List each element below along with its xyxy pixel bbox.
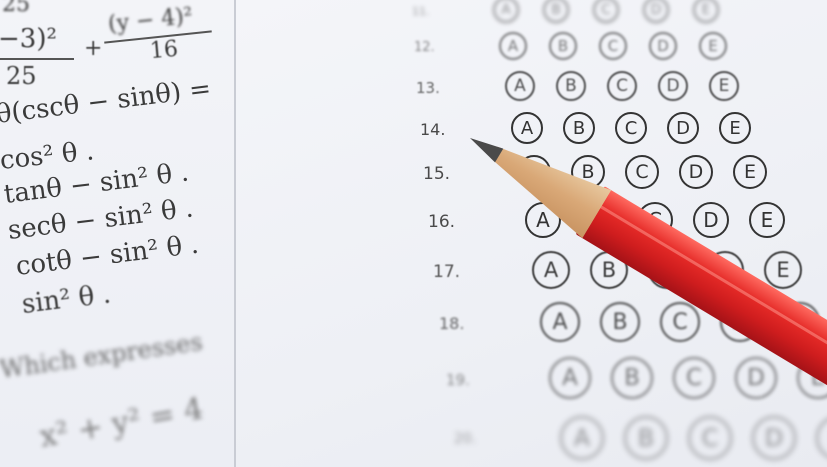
- question-number: 19.: [446, 371, 470, 389]
- question-number: 20.: [454, 431, 476, 447]
- math-line: (y − 4)²: [107, 4, 194, 38]
- question-number: 18.: [439, 314, 464, 333]
- pencil-lead-tip: [466, 131, 503, 162]
- answer-bubble-c[interactable]: C: [599, 32, 627, 60]
- question-number: 15.: [423, 164, 450, 184]
- answer-bubble-d[interactable]: D: [693, 202, 729, 238]
- answer-bubble-c[interactable]: C: [688, 416, 732, 460]
- answer-bubble-e[interactable]: E: [749, 202, 785, 238]
- answer-bubble-d[interactable]: D: [735, 357, 777, 399]
- answer-bubble-a[interactable]: A: [532, 251, 570, 289]
- question-number: 14.: [420, 120, 445, 139]
- plus-sign: +: [84, 36, 102, 61]
- answer-bubble-c[interactable]: C: [625, 155, 659, 189]
- answer-bubble-c[interactable]: C: [615, 112, 647, 144]
- question-number: 12.: [414, 40, 435, 55]
- math-line: −3)²: [0, 24, 57, 54]
- math-line: 25: [2, 0, 30, 17]
- answer-bubble-e[interactable]: E: [709, 71, 739, 101]
- answer-bubble-e[interactable]: E: [699, 32, 727, 60]
- answer-bubble-b[interactable]: B: [549, 32, 577, 60]
- answer-bubble-a[interactable]: A: [499, 32, 527, 60]
- answer-bubble-d[interactable]: D: [658, 71, 688, 101]
- answer-bubble-d[interactable]: D: [679, 155, 713, 189]
- math-line: Which expresses: [0, 328, 204, 384]
- answer-bubble-b[interactable]: B: [611, 357, 653, 399]
- answer-bubble-d[interactable]: D: [649, 32, 677, 60]
- math-line: x² + y² = 4: [37, 392, 206, 455]
- math-line: 25: [6, 62, 37, 90]
- answer-bubble-d[interactable]: D: [752, 416, 796, 460]
- question-number: 11.: [412, 5, 430, 18]
- answer-bubble-a[interactable]: A: [505, 71, 535, 101]
- question-number: 13.: [416, 79, 440, 97]
- answer-bubble-d[interactable]: D: [667, 112, 699, 144]
- fraction-bar: [0, 58, 74, 60]
- answer-bubble-c[interactable]: C: [673, 357, 715, 399]
- answer-bubble-b[interactable]: B: [563, 112, 595, 144]
- photo-scene: 25 −3)² 25 + (y − 4)² 16 θ(cscθ − sinθ) …: [0, 0, 827, 467]
- answer-bubble-a[interactable]: A: [560, 416, 604, 460]
- answer-bubble-b[interactable]: B: [624, 416, 668, 460]
- answer-bubble-a[interactable]: A: [540, 302, 580, 342]
- answer-bubble-e[interactable]: E: [719, 112, 751, 144]
- answer-bubble-b[interactable]: B: [556, 71, 586, 101]
- answer-bubble-e[interactable]: E: [733, 155, 767, 189]
- question-number: 16.: [428, 212, 455, 232]
- question-number: 17.: [433, 262, 460, 282]
- math-worksheet: 25 −3)² 25 + (y − 4)² 16 θ(cscθ − sinθ) …: [0, 0, 236, 467]
- answer-bubble-a[interactable]: A: [549, 357, 591, 399]
- math-line: 16: [149, 37, 179, 64]
- answer-bubble-b[interactable]: B: [600, 302, 640, 342]
- math-line: sin² θ .: [20, 279, 112, 320]
- answer-bubble-c[interactable]: C: [607, 71, 637, 101]
